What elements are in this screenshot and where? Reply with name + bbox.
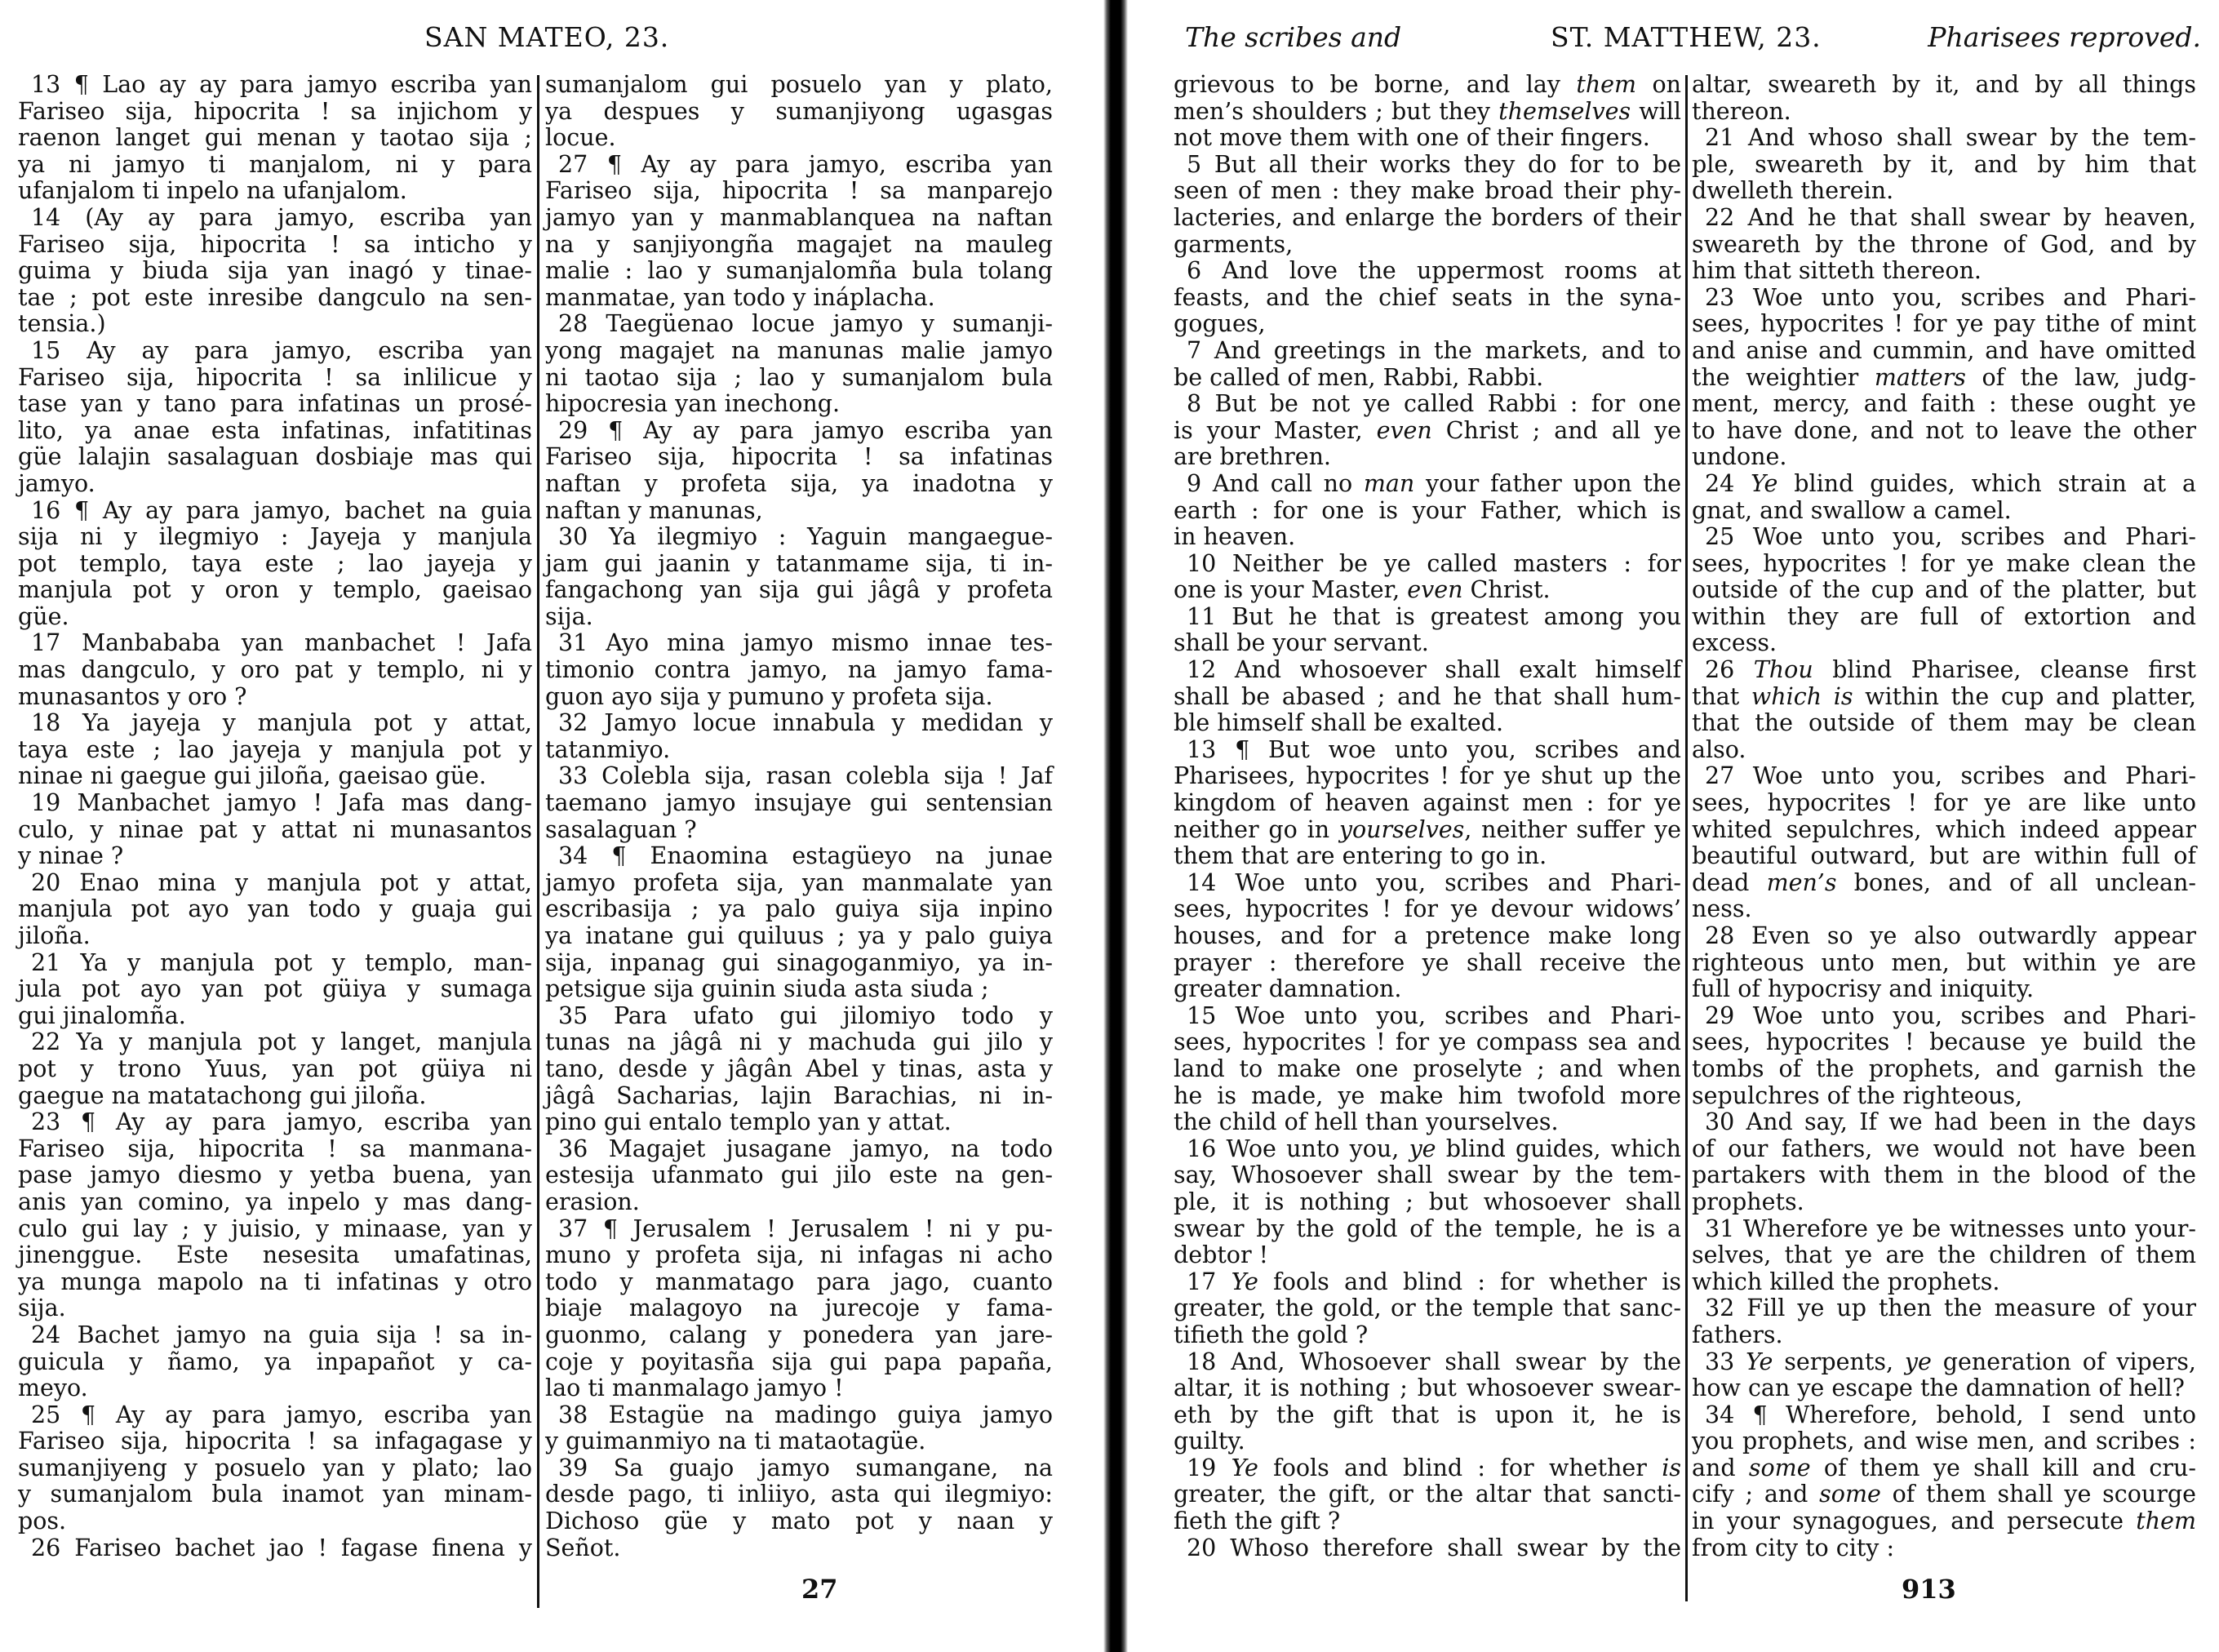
text-line: beautiful outward, but are within full o… <box>1692 843 2196 870</box>
text-line: y sumanjalom bula inamot yan minam- <box>18 1481 532 1508</box>
text-line: fieth the gift ? <box>1174 1508 1681 1535</box>
text-line: land to make one proselyte ; and when <box>1174 1056 1681 1083</box>
text-line: y guimanmiyo na ti mataotagüe. <box>545 1428 1053 1455</box>
left-page-number: 27 <box>801 1574 838 1605</box>
text-line: greater damnation. <box>1174 976 1681 1003</box>
left-page: SAN MATEO, 23. 13 ¶ Lao ay ay para jamyo… <box>0 0 1102 1652</box>
verse-start-line: 33 Colebla sija, rasan colebla sija ! Ja… <box>545 763 1053 790</box>
text-line: gui jinalomña. <box>18 1003 532 1030</box>
verse-start-line: 39 Sa guajo jamyo sumangane, na <box>545 1455 1053 1482</box>
text-line: munasantos y oro ? <box>18 684 532 711</box>
verse-start-line: 37 ¶ Jerusalem ! Jerusalem ! ni y pu- <box>545 1216 1053 1243</box>
text-line: mas dangculo, y oro pat y templo, ni y <box>18 657 532 684</box>
text-line: biaje malagoyo na jurecoje y fama- <box>545 1295 1053 1322</box>
text-line: tunas na jâgâ ni y machuda gui jilo y <box>545 1029 1053 1056</box>
text-line: ya despues y sumanjiyong ugasgas <box>545 99 1053 126</box>
text-line: coje y poyitasña sija gui papa papaña, <box>545 1349 1053 1376</box>
verse-start-line: 7 And greetings in the markets, and to <box>1174 338 1681 365</box>
text-line: undone. <box>1692 444 2196 471</box>
text-line: shall be abased ; and he that shall hum- <box>1174 684 1681 711</box>
text-line: petsigue sija guinin siuda asta siuda ; <box>545 976 1053 1003</box>
text-line: jâgâ Sacharias, lajin Barachias, ni in- <box>545 1083 1053 1110</box>
verse-start-line: 19 Manbachet jamyo ! Jafa mas dang- <box>18 790 532 817</box>
text-line: whited sepulchres, which indeed appear <box>1692 817 2196 844</box>
text-line: jiloña. <box>18 923 532 950</box>
text-line: sees, hypocrites ! for ye compass sea an… <box>1174 1029 1681 1056</box>
text-line: he is made, ye make him twofold more <box>1174 1083 1681 1110</box>
text-line: lacteries, and enlarge the borders of th… <box>1174 205 1681 232</box>
text-line: sees, hypocrites ! for ye devour widows’ <box>1174 896 1681 923</box>
text-line: lito, ya anae esta infatinas, infatitina… <box>18 418 532 445</box>
text-line: tase yan y tano para infatinas un prosé- <box>18 391 532 418</box>
text-line: yong magajet na manunas malie jamyo <box>545 338 1053 365</box>
text-line: say, Whosoever shall swear by the tem- <box>1174 1162 1681 1189</box>
text-line: Fariseo sija, hipocrita ! sa injichom y <box>18 99 532 126</box>
column-divider-right <box>1685 75 1688 1601</box>
verse-start-line: 24 Ye blind guides, which strain at a <box>1692 471 2196 498</box>
text-line: ya ni jamyo ti manjalom, ni y para <box>18 152 532 179</box>
text-line: swear by the gold of the temple, he is a <box>1174 1216 1681 1243</box>
verse-start-line: 16 Woe unto you, ye blind guides, which <box>1174 1136 1681 1163</box>
verse-start-line: 33 Ye serpents, ye generation of vipers, <box>1692 1349 2196 1376</box>
text-line: jula pot ayo yan pot güiya y sumaga <box>18 976 532 1003</box>
text-line: prophets. <box>1692 1189 2196 1216</box>
verse-start-line: 13 ¶ Lao ay ay para jamyo escriba yan <box>18 72 532 99</box>
text-line: houses, and for a pretence make long <box>1174 923 1681 950</box>
text-line: Fariseo sija, hipocrita ! sa infagagase … <box>18 1428 532 1455</box>
text-line: are brethren. <box>1174 444 1681 471</box>
right-column-1: grievous to be borne, and lay them onmen… <box>1174 72 1681 1561</box>
book-spine <box>1103 0 1128 1652</box>
verse-start-line: 29 Woe unto you, scribes and Phari- <box>1692 1003 2196 1030</box>
verse-start-line: 34 ¶ Enaomina estagüeyo na junae <box>545 843 1053 870</box>
text-line: in your synagogues, and persecute them <box>1692 1508 2196 1535</box>
verse-start-line: 13 ¶ But woe unto you, scribes and <box>1174 737 1681 764</box>
verse-start-line: 27 Woe unto you, scribes and Phari- <box>1692 763 2196 790</box>
text-line: which killed the prophets. <box>1692 1269 2196 1296</box>
text-line: Señot. <box>545 1535 1053 1562</box>
text-line: estesija ufanmato gui jilo este na gen- <box>545 1162 1053 1189</box>
verse-start-line: 9 And call no man your father upon the <box>1174 471 1681 498</box>
verse-start-line: 17 Manbababa yan manbachet ! Jafa <box>18 630 532 657</box>
verse-start-line: 20 Whoso therefore shall swear by the <box>1174 1535 1681 1562</box>
text-line: tensia.) <box>18 311 532 338</box>
text-line: pino gui entalo templo yan y attat. <box>545 1109 1053 1136</box>
verse-start-line: 14 (Ay ay para jamyo, escriba yan <box>18 205 532 232</box>
verse-start-line: 11 But he that is greatest among you <box>1174 604 1681 631</box>
left-column-1: 13 ¶ Lao ay ay para jamyo escriba yanFar… <box>18 72 532 1561</box>
text-line: hipocresia yan inechong. <box>545 391 1053 418</box>
verse-start-line: 29 ¶ Ay ay para jamyo escriba yan <box>545 418 1053 445</box>
text-line: naftan y manunas, <box>545 498 1053 525</box>
right-page: The scribes and ST. MATTHEW, 23. Pharise… <box>1134 0 2219 1652</box>
verse-start-line: 34 ¶ Wherefore, behold, I send unto <box>1692 1402 2196 1429</box>
text-line: Fariseo sija, hipocrita ! sa infatinas <box>545 444 1053 471</box>
verse-start-line: 21 Ya y manjula pot y templo, man- <box>18 950 532 977</box>
text-line: sumanjalom gui posuelo yan y plato, <box>545 72 1053 99</box>
text-line: ufanjalom ti inpelo na ufanjalom. <box>18 178 532 205</box>
verse-start-line: 14 Woe unto you, scribes and Phari- <box>1174 870 1681 897</box>
verse-start-line: 35 Para ufato gui jilomiyo todo y <box>545 1003 1053 1030</box>
text-line: sasalaguan ? <box>545 817 1053 844</box>
verse-start-line: 22 And he that shall swear by heaven, <box>1692 205 2196 232</box>
text-line: sumanjiyeng y posuelo yan y plato; lao <box>18 1455 532 1482</box>
verse-start-line: 10 Neither be ye called masters : for <box>1174 551 1681 578</box>
text-line: escribasija ; ya palo guiya sija inpino <box>545 896 1053 923</box>
right-running-head-right: Pharisees reproved. <box>1928 21 2201 53</box>
text-line: güe lalajin sasalaguan dosbiaje mas qui <box>18 444 532 471</box>
text-line: jam gui jaanin y tatanmame sija, ti in- <box>545 551 1053 578</box>
text-line: sees, hypocrites ! for ye make clean the <box>1692 551 2196 578</box>
text-line: righteous unto men, but within ye are <box>1692 950 2196 977</box>
text-line: pot templo, taya este ; lao jayeja y <box>18 551 532 578</box>
text-line: sija. <box>545 604 1053 631</box>
text-line: tatanmiyo. <box>545 737 1053 764</box>
verse-start-line: 25 ¶ Ay ay para jamyo, escriba yan <box>18 1402 532 1429</box>
text-line: pase jamyo diesmo y yetba buena, yan <box>18 1162 532 1189</box>
text-line: y ninae ? <box>18 843 532 870</box>
text-line: him that sitteth thereon. <box>1692 258 2196 285</box>
text-line: guonmo, calang y ponedera yan jare- <box>545 1322 1053 1349</box>
text-line: neither go in yourselves, neither suffer… <box>1174 817 1681 844</box>
text-line: men’s shoulders ; but they themselves wi… <box>1174 99 1681 126</box>
text-line: ya inatane gui quiluus ; ya y palo guiya <box>545 923 1053 950</box>
text-line: and some of them ye shall kill and cru- <box>1692 1455 2196 1482</box>
text-line: sija. <box>18 1295 532 1322</box>
verse-start-line: 6 And love the uppermost rooms at <box>1174 258 1681 285</box>
text-line: manjula pot ayo yan todo y guaja gui <box>18 896 532 923</box>
text-line: sees, hypocrites ! for ye pay tithe of m… <box>1692 311 2196 338</box>
text-line: you prophets, and wise men, and scribes … <box>1692 1428 2196 1455</box>
text-line: taya este ; lao jayeja y manjula pot y <box>18 737 532 764</box>
text-line: guon ayo sija y pumuno y profeta sija. <box>545 684 1053 711</box>
verse-start-line: 30 And say, If we had been in the days <box>1692 1109 2196 1136</box>
right-column-2: altar, sweareth by it, and by all things… <box>1692 72 2196 1561</box>
text-line: fangachong yan sija gui jâgâ y profeta <box>545 577 1053 604</box>
text-line: also. <box>1692 737 2196 764</box>
verse-start-line: 19 Ye fools and blind : for whether is <box>1174 1455 1681 1482</box>
text-line: partakers with them in the blood of the <box>1692 1162 2196 1189</box>
text-line: from city to city : <box>1692 1535 2196 1562</box>
text-line: lao ti manmalago jamyo ! <box>545 1375 1053 1402</box>
text-line: the weightier matters of the law, judg- <box>1692 365 2196 392</box>
verse-start-line: 20 Enao mina y manjula pot y attat, <box>18 870 532 897</box>
text-line: within they are full of extortion and <box>1692 604 2196 631</box>
text-line: guima y biuda sija yan inagó y tinae- <box>18 258 532 285</box>
text-line: fathers. <box>1692 1322 2196 1349</box>
text-line: desde pago, ti inliiyo, asta qui ilegmiy… <box>545 1481 1053 1508</box>
text-line: the child of hell than yourselves. <box>1174 1109 1681 1136</box>
verse-start-line: 15 Woe unto you, scribes and Phari- <box>1174 1003 1681 1030</box>
text-line: altar, sweareth by it, and by all things <box>1692 72 2196 99</box>
text-line: them that are entering to go in. <box>1174 843 1681 870</box>
text-line: ness. <box>1692 896 2196 923</box>
text-line: jamyo. <box>18 471 532 498</box>
verse-start-line: 32 Jamyo locue innabula y medidan y <box>545 710 1053 737</box>
text-line: Fariseo sija, hipocrita ! sa manmana- <box>18 1136 532 1163</box>
verse-start-line: 23 ¶ Ay ay para jamyo, escriba yan <box>18 1109 532 1136</box>
verse-start-line: 25 Woe unto you, scribes and Phari- <box>1692 524 2196 551</box>
text-line: prayer : therefore ye shall receive the <box>1174 950 1681 977</box>
verse-start-line: 15 Ay ay para jamyo, escriba yan <box>18 338 532 365</box>
text-line: one is your Master, even Christ. <box>1174 577 1681 604</box>
text-line: gnat, and swallow a camel. <box>1692 498 2196 525</box>
text-line: sija, inpanag gui sinagoganmiyo, ya in- <box>545 950 1053 977</box>
text-line: excess. <box>1692 630 2196 657</box>
verse-start-line: 27 ¶ Ay ay para jamyo, escriba yan <box>545 152 1053 179</box>
text-line: and anise and cummin, and have omitted <box>1692 338 2196 365</box>
text-line: Fariseo sija, hipocrita ! sa manparejo <box>545 178 1053 205</box>
text-line: is your Master, even Christ ; and all ye <box>1174 418 1681 445</box>
right-page-number: 913 <box>1902 1574 1956 1605</box>
text-line: how can ye escape the damnation of hell? <box>1692 1375 2196 1402</box>
text-line: taemano jamyo insujaye gui sentensian <box>545 790 1053 817</box>
column-divider-left <box>537 75 539 1608</box>
text-line: dead men’s bones, and of all unclean- <box>1692 870 2196 897</box>
text-line: ble himself shall be exalted. <box>1174 710 1681 737</box>
text-line: malie : lao y sumanjalomña bula tolang <box>545 258 1053 285</box>
text-line: Pharisees, hypocrites ! for ye shut up t… <box>1174 763 1681 790</box>
verse-start-line: 26 Thou blind Pharisee, cleanse first <box>1692 657 2196 684</box>
text-line: tombs of the prophets, and garnish the <box>1692 1056 2196 1083</box>
text-line: culo, y ninae pat y attat ni munasantos <box>18 817 532 844</box>
text-line: erasion. <box>545 1189 1053 1216</box>
verse-start-line: 5 But all their works they do for to be <box>1174 152 1681 179</box>
text-line: in heaven. <box>1174 524 1681 551</box>
text-line: sija ni y ilegmiyo : Jayeja y manjula <box>18 524 532 551</box>
text-line: gaegue na matatachong gui jiloña. <box>18 1083 532 1110</box>
text-line: sees, hypocrites ! for ye are like unto <box>1692 790 2196 817</box>
text-line: sees, hypocrites ! because ye build the <box>1692 1029 2196 1056</box>
verse-start-line: 16 ¶ Ay ay para jamyo, bachet na guia <box>18 498 532 525</box>
text-line: that the outside of them may be clean <box>1692 710 2196 737</box>
text-line: seen of men : they make broad their phy- <box>1174 178 1681 205</box>
text-line: guicula y ñamo, ya inpapañot y ca- <box>18 1349 532 1376</box>
text-line: manmatae, yan todo y ináplacha. <box>545 285 1053 312</box>
text-line: to have done, and not to leave the other <box>1692 418 2196 445</box>
right-running-head-center: ST. MATTHEW, 23. <box>1551 21 1822 53</box>
text-line: eth by the gift that is upon it, he is <box>1174 1402 1681 1429</box>
verse-start-line: 38 Estagüe na madingo guiya jamyo <box>545 1402 1053 1429</box>
text-line: sweareth by the throne of God, and by <box>1692 232 2196 259</box>
text-line: be called of men, Rabbi, Rabbi. <box>1174 365 1681 392</box>
text-line: culo gui lay ; y juisio, y minaase, yan … <box>18 1216 532 1243</box>
text-line: shall be your servant. <box>1174 630 1681 657</box>
text-line: locue. <box>545 125 1053 152</box>
right-running-head-left: The scribes and <box>1185 21 1401 53</box>
verse-start-line: 28 Taegüenao locue jamyo y sumanji- <box>545 311 1053 338</box>
verse-start-line: 26 Fariseo bachet jao ! fagase finena y <box>18 1535 532 1562</box>
text-line: na y sanjiyongña magajet na mauleg <box>545 232 1053 259</box>
text-line: todo y manmatago para jago, cuanto <box>545 1269 1053 1296</box>
text-line: timonio contra jamyo, na jamyo fama- <box>545 657 1053 684</box>
text-line: that which is within the cup and platter… <box>1692 684 2196 711</box>
text-line: dwelleth therein. <box>1692 178 2196 205</box>
text-line: guilty. <box>1174 1428 1681 1455</box>
text-line: greater, the gift, or the altar that san… <box>1174 1481 1681 1508</box>
text-line: ya munga mapolo na ti infatinas y otro <box>18 1269 532 1296</box>
text-line: ninae ni gaegue gui jiloña, gaeisao güe. <box>18 763 532 790</box>
text-line: sepulchres of the righteous, <box>1692 1083 2196 1110</box>
text-line: earth : for one is your Father, which is <box>1174 498 1681 525</box>
text-line: not move them with one of their fingers. <box>1174 125 1681 152</box>
verse-start-line: 31 Ayo mina jamyo mismo innae tes- <box>545 630 1053 657</box>
text-line: outside of the cup and of the platter, b… <box>1692 577 2196 604</box>
verse-start-line: 22 Ya y manjula pot y langet, manjula <box>18 1029 532 1056</box>
text-line: ple, it is nothing ; but whosoever shall <box>1174 1189 1681 1216</box>
left-column-2: sumanjalom gui posuelo yan y plato,ya de… <box>545 72 1053 1561</box>
verse-start-line: 17 Ye fools and blind : for whether is <box>1174 1269 1681 1296</box>
text-line: anis yan comino, ya inpelo y mas dang- <box>18 1189 532 1216</box>
text-line: Dichoso güe y mato pot y naan y <box>545 1508 1053 1535</box>
text-line: gogues, <box>1174 311 1681 338</box>
verse-start-line: 31 Wherefore ye be witnesses unto your- <box>1692 1216 2196 1243</box>
text-line: meyo. <box>18 1375 532 1402</box>
text-line: altar, it is nothing ; but whosoever swe… <box>1174 1375 1681 1402</box>
text-line: ment, mercy, and faith : these ought ye <box>1692 391 2196 418</box>
text-line: kingdom of heaven against men : for ye <box>1174 790 1681 817</box>
text-line: muno y profeta sija, ni infagas ni acho <box>545 1242 1053 1269</box>
text-line: raenon langet gui menan y taotao sija ; <box>18 125 532 152</box>
text-line: debtor ! <box>1174 1242 1681 1269</box>
verse-start-line: 32 Fill ye up then the measure of your <box>1692 1295 2196 1322</box>
text-line: full of hypocrisy and iniquity. <box>1692 976 2196 1003</box>
text-line: cify ; and some of them shall ye scourge <box>1692 1481 2196 1508</box>
verse-start-line: 36 Magajet jusagane jamyo, na todo <box>545 1136 1053 1163</box>
text-line: of our fathers, we would not have been <box>1692 1136 2196 1163</box>
text-line: Fariseo sija, hipocrita ! sa inlilicue y <box>18 365 532 392</box>
text-line: grievous to be borne, and lay them on <box>1174 72 1681 99</box>
verse-start-line: 21 And whoso shall swear by the tem- <box>1692 125 2196 152</box>
text-line: jinenggue. Este nesesita umafatinas, <box>18 1242 532 1269</box>
text-line: pos. <box>18 1508 532 1535</box>
text-line: thereon. <box>1692 99 2196 126</box>
text-line: manjula pot y oron y templo, gaeisao <box>18 577 532 604</box>
verse-start-line: 18 And, Whosoever shall swear by the <box>1174 1349 1681 1376</box>
text-line: Fariseo sija, hipocrita ! sa inticho y <box>18 232 532 259</box>
verse-start-line: 18 Ya jayeja y manjula pot y attat, <box>18 710 532 737</box>
text-line: selves, that ye are the children of them <box>1692 1242 2196 1269</box>
verse-start-line: 28 Even so ye also outwardly appear <box>1692 923 2196 950</box>
text-line: jamyo yan y manmablanquea na naftan <box>545 205 1053 232</box>
left-running-head: SAN MATEO, 23. <box>424 21 669 53</box>
verse-start-line: 8 But be not ye called Rabbi : for one <box>1174 391 1681 418</box>
text-line: ni taotao sija ; lao y sumanjalom bula <box>545 365 1053 392</box>
text-line: greater, the gold, or the temple that sa… <box>1174 1295 1681 1322</box>
text-line: tifieth the gold ? <box>1174 1322 1681 1349</box>
text-line: naftan y profeta sija, ya inadotna y <box>545 471 1053 498</box>
verse-start-line: 30 Ya ilegmiyo : Yaguin mangaegue- <box>545 524 1053 551</box>
text-line: tano, desde y jâgân Abel y tinas, asta y <box>545 1056 1053 1083</box>
text-line: tae ; pot este inresibe dangculo na sen- <box>18 285 532 312</box>
text-line: güe. <box>18 604 532 631</box>
text-line: garments, <box>1174 232 1681 259</box>
verse-start-line: 23 Woe unto you, scribes and Phari- <box>1692 285 2196 312</box>
text-line: ple, sweareth by it, and by him that <box>1692 152 2196 179</box>
text-line: pot y trono Yuus, yan pot güiya ni <box>18 1056 532 1083</box>
text-line: feasts, and the chief seats in the syna- <box>1174 285 1681 312</box>
verse-start-line: 24 Bachet jamyo na guia sija ! sa in- <box>18 1322 532 1349</box>
verse-start-line: 12 And whosoever shall exalt himself <box>1174 657 1681 684</box>
text-line: jamyo profeta sija, yan manmalate yan <box>545 870 1053 897</box>
